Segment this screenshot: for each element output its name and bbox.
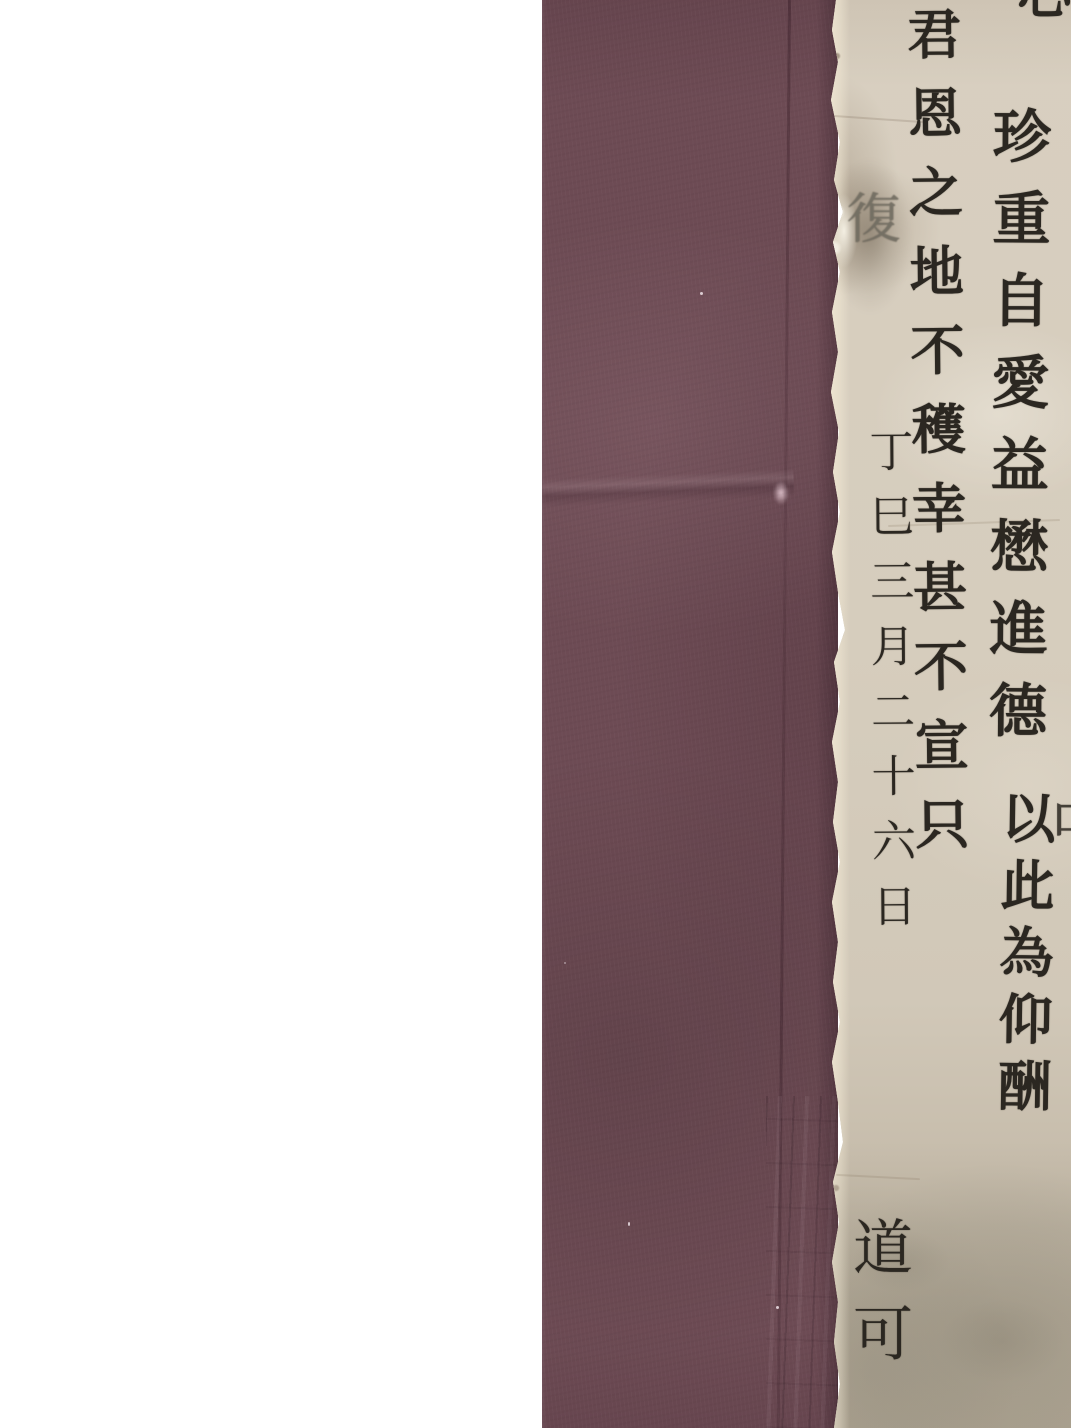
calligraphy-column-right-upper: 珍重自愛益懋進德 [984,106,1047,762]
fabric-left-edge [542,0,546,1428]
fabric-fold-highlight [773,481,789,505]
fabric-speck [700,292,703,295]
calligraphy-reply-annotation: 復 [842,190,896,244]
calligraphy-date-column: 丁巳三月二十六日 [864,428,912,948]
manuscript-photograph: 心 珍重自愛益懋進德 以此為仰酬 君恩之地不穫幸甚不宣只 復 口 丁巳三月二十六… [0,0,1071,1428]
calligraphy-partial-right-character: 口 [1048,798,1071,838]
calligraphy-column-right-lower: 以此為仰酬 [994,790,1053,1126]
manuscript-paper: 心 珍重自愛益懋進德 以此為仰酬 君恩之地不穫幸甚不宣只 復 口 丁巳三月二十六… [828,0,1071,1428]
calligraphy-partial-top-character: 心 [1014,0,1068,20]
calligraphy-signature: 道可 [848,1216,908,1388]
fabric-shadow-edge [816,0,838,1428]
fabric-speck [628,1222,630,1226]
fabric-speck [776,1306,779,1309]
fabric-vertical-crease [777,0,791,1428]
scroll-mount-fabric [542,0,838,1428]
fabric-horizontal-fold [542,469,795,508]
fabric-speck [564,962,566,964]
fabric-bottom-fold-lines [766,1096,838,1428]
background-margin [0,0,543,1428]
